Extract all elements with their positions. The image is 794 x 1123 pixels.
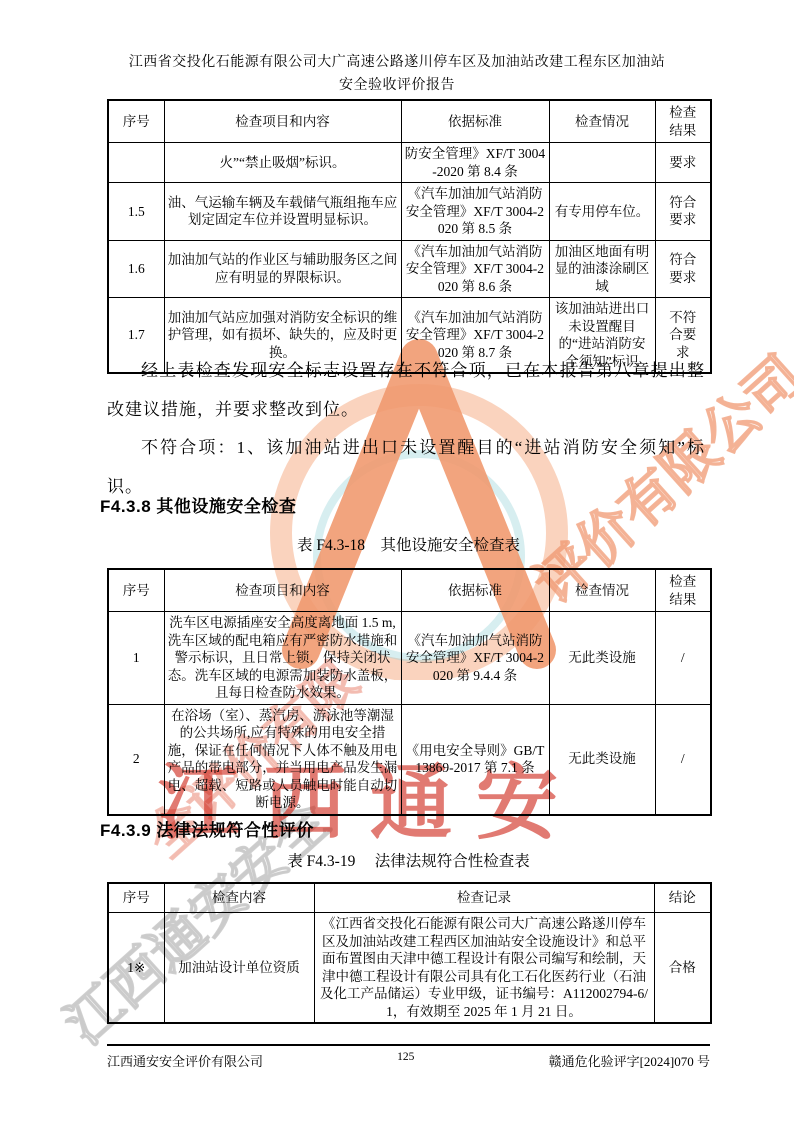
col-header-result: 检查结果: [655, 100, 711, 143]
col-header-situation: 检查情况: [549, 100, 655, 143]
table-caption-f43-18: 表 F4.3-18 其他设施安全检查表: [107, 533, 710, 555]
table-row: 1.5 油、气运输车辆及车载储气瓶组拖车应划定固定车位并设置明显标识。 《汽车加…: [108, 183, 711, 241]
safety-sign-check-table: 序号 检查项目和内容 依据标准 检查情况 检查结果 火”“禁止吸烟”标识。 防安…: [107, 99, 712, 374]
col-header-standard: 依据标准: [401, 569, 549, 612]
table-row: 1.6 加油加气站的作业区与辅助服务区之间应有明显的界限标识。 《汽车加油加气站…: [108, 240, 711, 298]
col-header-standard: 依据标准: [401, 100, 549, 143]
cell-item: 火”“禁止吸烟”标识。: [164, 143, 401, 183]
cell-situation: 加油区地面有明显的油漆涂刷区域: [549, 240, 655, 298]
cell-situation: [549, 143, 655, 183]
cell-standard: 《汽车加油加气站消防安全管理》XF/T 3004-2020 第 9.4.4 条: [401, 612, 549, 705]
other-facilities-check-table: 序号 检查项目和内容 依据标准 检查情况 检查结果 1 洗车区电源插座安全高度离…: [107, 568, 712, 816]
col-header-conclusion: 结论: [654, 883, 711, 913]
table-row: 1 洗车区电源插座安全高度离地面 1.5 m,洗车区域的配电箱应有严密防水措施和…: [108, 612, 711, 705]
col-header-item: 检查项目和内容: [164, 100, 401, 143]
cell-result: 符合要求: [655, 183, 711, 241]
legal-compliance-check-table: 序号 检查内容 检查记录 结论 1※ 加油站设计单位资质 《江西省交投化石能源有…: [107, 882, 712, 1024]
col-header-no: 序号: [108, 883, 164, 913]
cell-item: 在浴场（室）、蒸汽房、游泳池等潮湿的公共场所,应有特殊的用电安全措施，保证在任何…: [164, 704, 401, 815]
body-text: 经上表检查发现安全标志设置存在不符合项，已在本报告第八章提出整改建议措施，并要求…: [107, 352, 705, 506]
col-header-record: 检查记录: [314, 883, 654, 913]
cell-standard: 《汽车加油加气站消防安全管理》XF/T 3004-2020 第 8.6 条: [401, 240, 549, 298]
cell-no: 1.5: [108, 183, 164, 241]
report-page: 江西省交投化石能源有限公司大广高速公路遂川停车区及加油站改建工程东区加油站 安全…: [0, 0, 794, 1123]
footer-company: 江西通安安全评价有限公司: [107, 1051, 263, 1070]
table-header-row: 序号 检查内容 检查记录 结论: [108, 883, 711, 913]
document-header: 江西省交投化石能源有限公司大广高速公路遂川停车区及加油站改建工程东区加油站 安全…: [97, 51, 697, 97]
cell-standard: 《用电安全导则》GB/T 13869-2017 第 7.1 条: [401, 704, 549, 815]
cell-result: 要求: [655, 143, 711, 183]
cell-no: 2: [108, 704, 164, 815]
cell-no: 1: [108, 612, 164, 705]
cell-item: 油、气运输车辆及车载储气瓶组拖车应划定固定车位并设置明显标识。: [164, 183, 401, 241]
table-row: 火”“禁止吸烟”标识。 防安全管理》XF/T 3004-2020 第 8.4 条…: [108, 143, 711, 183]
cell-item: 洗车区电源插座安全高度离地面 1.5 m,洗车区域的配电箱应有严密防水措施和警示…: [164, 612, 401, 705]
footer-doc-number: 赣通危化验评字[2024]070 号: [549, 1051, 710, 1070]
cell-record: 《江西省交投化石能源有限公司大广高速公路遂川停车区及加油站改建工程西区加油站安全…: [314, 913, 654, 1024]
col-header-no: 序号: [108, 569, 164, 612]
footer-page-number: 125: [397, 1051, 414, 1063]
paragraph-rectification: 经上表检查发现安全标志设置存在不符合项，已在本报告第八章提出整改建议措施，并要求…: [107, 352, 705, 429]
page-footer: 江西通安安全评价有限公司 125 赣通危化验评字[2024]070 号: [107, 1044, 710, 1070]
cell-standard: 防安全管理》XF/T 3004-2020 第 8.4 条: [401, 143, 549, 183]
col-header-content: 检查内容: [164, 883, 314, 913]
cell-result: 符合要求: [655, 240, 711, 298]
cell-no: 1※: [108, 913, 164, 1024]
document-title-line2: 安全验收评价报告: [97, 74, 697, 97]
cell-situation: 无此类设施: [549, 704, 655, 815]
col-header-no: 序号: [108, 100, 164, 143]
col-header-situation: 检查情况: [549, 569, 655, 612]
cell-no: 1.6: [108, 240, 164, 298]
cell-situation: 有专用停车位。: [549, 183, 655, 241]
cell-result: /: [655, 612, 711, 705]
cell-no: [108, 143, 164, 183]
cell-result: /: [655, 704, 711, 815]
cell-situation: 无此类设施: [549, 612, 655, 705]
cell-conclusion: 合格: [654, 913, 711, 1024]
table-header-row: 序号 检查项目和内容 依据标准 检查情况 检查结果: [108, 100, 711, 143]
section-heading-f438: F4.3.8 其他设施安全检查: [100, 492, 296, 517]
table-row: 2 在浴场（室）、蒸汽房、游泳池等潮湿的公共场所,应有特殊的用电安全措施，保证在…: [108, 704, 711, 815]
document-title-line1: 江西省交投化石能源有限公司大广高速公路遂川停车区及加油站改建工程东区加油站: [97, 51, 697, 74]
table-header-row: 序号 检查项目和内容 依据标准 检查情况 检查结果: [108, 569, 711, 612]
col-header-result: 检查结果: [655, 569, 711, 612]
section-heading-f439: F4.3.9 法律法规符合性评价: [100, 816, 314, 841]
cell-item: 加油加气站的作业区与辅助服务区之间应有明显的界限标识。: [164, 240, 401, 298]
cell-standard: 《汽车加油加气站消防安全管理》XF/T 3004-2020 第 8.5 条: [401, 183, 549, 241]
cell-content: 加油站设计单位资质: [164, 913, 314, 1024]
table-row: 1※ 加油站设计单位资质 《江西省交投化石能源有限公司大广高速公路遂川停车区及加…: [108, 913, 711, 1024]
col-header-item: 检查项目和内容: [164, 569, 401, 612]
table-caption-f43-19: 表 F4.3-19 法律法规符合性检查表: [107, 849, 710, 871]
